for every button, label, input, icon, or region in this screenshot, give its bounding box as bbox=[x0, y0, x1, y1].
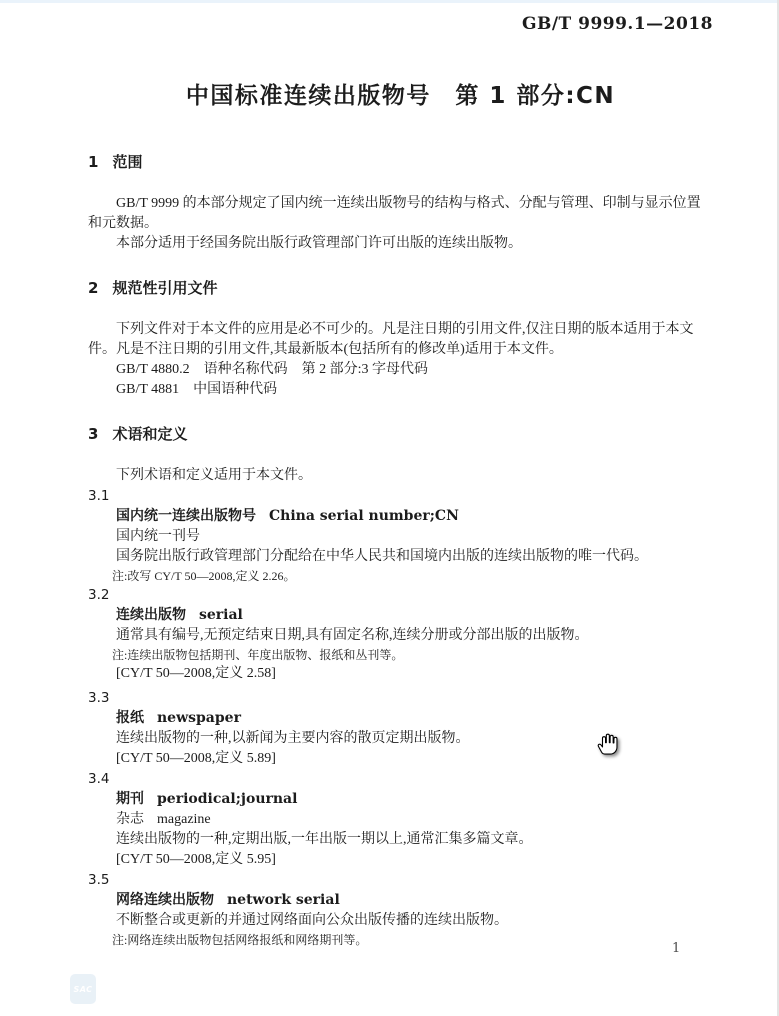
section-heading-normative-references: 2规范性引用文件 bbox=[88, 278, 713, 298]
term-alias: 国内统一刊号 bbox=[88, 527, 713, 547]
term-zh: 报纸 bbox=[116, 710, 144, 726]
document-page[interactable]: GB/T 9999.1—2018 中国标准连续出版物号 第 1 部分:CN 1范… bbox=[0, 0, 779, 949]
term-definition: 不断整合或更新的并通过网络面向公众出版传播的连续出版物。 bbox=[88, 911, 713, 931]
term-note: 注:网络连续出版物包括网络报纸和网络期刊等。 bbox=[88, 931, 713, 949]
term-title: 连续出版物serial bbox=[88, 605, 713, 626]
section-number: 1 bbox=[88, 153, 98, 171]
open-hand-cursor-icon bbox=[597, 731, 619, 756]
term-en: China serial number;CN bbox=[269, 508, 459, 524]
section-number: 2 bbox=[88, 279, 98, 297]
paragraph: GB/T 9999 的本部分规定了国内统一连续出版物号的结构与格式、分配与管理、… bbox=[88, 194, 713, 234]
term-alias: 杂志magazine bbox=[88, 810, 713, 830]
term-title: 网络连续出版物network serial bbox=[88, 890, 713, 911]
page-number: 1 bbox=[672, 941, 680, 956]
document-title: 中国标准连续出版物号 第 1 部分:CN bbox=[88, 80, 713, 112]
paragraph: 本部分适用于经国务院出版行政管理部门许可出版的连续出版物。 bbox=[88, 234, 713, 254]
term-zh: 国内统一连续出版物号 bbox=[116, 508, 256, 524]
clause-number: 3.5 bbox=[88, 870, 713, 890]
standard-code-header: GB/T 9999.1—2018 bbox=[88, 0, 713, 35]
section-heading-scope: 1范围 bbox=[88, 152, 713, 172]
alias-en: magazine bbox=[157, 812, 211, 827]
term-source: [CY/T 50—2008,定义 5.89] bbox=[88, 749, 713, 769]
term-zh: 期刊 bbox=[116, 791, 144, 807]
reference-item: GB/T 4881 中国语种代码 bbox=[88, 380, 713, 400]
term-zh: 连续出版物 bbox=[116, 607, 186, 623]
terms-intro: 下列术语和定义适用于本文件。 bbox=[88, 466, 713, 486]
clause-number: 3.2 bbox=[88, 585, 713, 605]
section-title: 规范性引用文件 bbox=[112, 279, 217, 297]
term-definition: 通常具有编号,无预定结束日期,具有固定名称,连续分册或分部出版的出版物。 bbox=[88, 626, 713, 646]
term-en: newspaper bbox=[157, 710, 241, 726]
term-title: 报纸newspaper bbox=[88, 708, 713, 729]
term-definition: 连续出版物的一种,以新闻为主要内容的散页定期出版物。 bbox=[88, 729, 713, 749]
term-en: serial bbox=[199, 607, 243, 623]
term-source: [CY/T 50—2008,定义 2.58] bbox=[88, 664, 713, 684]
section-number: 3 bbox=[88, 425, 98, 443]
section-heading-terms-definitions: 3术语和定义 bbox=[88, 424, 713, 444]
clause-number: 3.3 bbox=[88, 688, 713, 708]
sac-watermark-text: SAC bbox=[73, 985, 92, 994]
clause-number: 3.4 bbox=[88, 769, 713, 789]
term-source: [CY/T 50—2008,定义 5.95] bbox=[88, 850, 713, 870]
term-definition: 国务院出版行政管理部门分配给在中华人民共和国境内出版的连续出版物的唯一代码。 bbox=[88, 547, 713, 567]
term-zh: 网络连续出版物 bbox=[116, 892, 214, 908]
term-title: 国内统一连续出版物号China serial number;CN bbox=[88, 506, 713, 527]
paragraph: 下列文件对于本文件的应用是必不可少的。凡是注日期的引用文件,仅注日期的版本适用于… bbox=[88, 320, 713, 360]
clause-number: 3.1 bbox=[88, 486, 713, 506]
term-en: network serial bbox=[227, 892, 340, 908]
alias-zh: 杂志 bbox=[116, 812, 144, 827]
section-title: 范围 bbox=[112, 153, 142, 171]
term-en: periodical;journal bbox=[157, 791, 297, 807]
term-note: 注:改写 CY/T 50—2008,定义 2.26。 bbox=[88, 567, 713, 585]
term-definition: 连续出版物的一种,定期出版,一年出版一期以上,通常汇集多篇文章。 bbox=[88, 830, 713, 850]
reference-item: GB/T 4880.2 语种名称代码 第 2 部分:3 字母代码 bbox=[88, 360, 713, 380]
sac-watermark-logo: SAC bbox=[70, 974, 96, 1004]
section-title: 术语和定义 bbox=[112, 425, 187, 443]
term-title: 期刊periodical;journal bbox=[88, 789, 713, 810]
term-note: 注:连续出版物包括期刊、年度出版物、报纸和丛刊等。 bbox=[88, 646, 713, 664]
